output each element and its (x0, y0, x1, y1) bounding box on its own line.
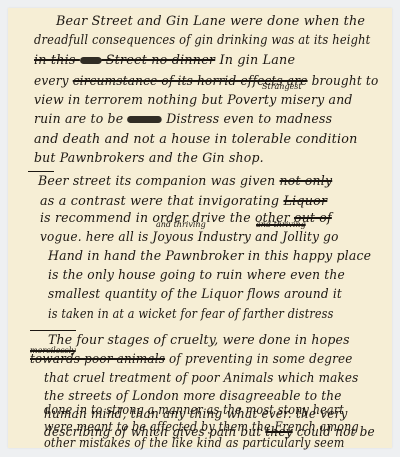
text-segment: but Pawnbrokers and the Gin shop. (34, 151, 264, 166)
text-segment: The four stages of cruelty, were done in… (48, 333, 350, 348)
text-segment: that cruel treatment of poor Animals whi… (44, 371, 358, 386)
text-segment: Beer street its companion was given (38, 174, 280, 189)
text-segment: the streets of London more disagreeable … (44, 389, 342, 404)
manuscript-line: every circumstance of its horrid effects… (34, 74, 378, 89)
manuscript-line: in this Street no dinner In gin Lane (34, 53, 295, 68)
manuscript-line: dreadfull consequences of gin drinking w… (34, 33, 370, 48)
text-segment: Distress even to madness (162, 112, 332, 127)
text-segment: done in to strong a manner as the most s… (44, 403, 344, 418)
ink-blot (80, 57, 102, 64)
section-divider (30, 330, 76, 331)
interlinear-insertion-struck: and thriving (256, 220, 306, 229)
manuscript-line: but Pawnbrokers and the Gin shop. (34, 151, 264, 166)
manuscript-line: vogue. here all is Joyous Industry and J… (40, 230, 339, 245)
manuscript-page: Bear Street and Gin Lane were done when … (8, 8, 392, 448)
text-segment: and death and not a house in tolerable c… (34, 132, 358, 147)
manuscript-line: done in to strong a manner as the most s… (44, 403, 344, 418)
text-segment: In gin Lane (215, 53, 295, 68)
manuscript-line: towards poor animals of preventing in so… (30, 352, 353, 367)
manuscript-line: Beer street its companion was given not … (38, 174, 332, 189)
text-segment: view in terrorem nothing but Poverty mis… (34, 93, 353, 108)
text-segment: ruin are to be (34, 112, 127, 127)
text-segment: brought to (308, 74, 379, 89)
interlinear-insertion: and thriving (156, 220, 206, 229)
text-segment: is the only house going to ruin where ev… (48, 268, 345, 283)
manuscript-line: as a contrast were that invigorating Liq… (40, 194, 327, 209)
manuscript-line: that cruel treatment of poor Animals whi… (44, 371, 358, 386)
text-segment: is taken in at a wicket for fear of fart… (48, 307, 333, 322)
struck-text: towards poor animals (30, 352, 165, 367)
struck-text: Street no dinner (101, 53, 215, 68)
manuscript-line: the streets of London more disagreeable … (44, 389, 342, 404)
manuscript-line: other mistakes of the like kind as parti… (44, 436, 345, 451)
text-segment: vogue. here all is Joyous Industry and J… (40, 230, 339, 245)
text-segment: Bear Street and Gin Lane were done when … (56, 14, 365, 29)
manuscript-line: is the only house going to ruin where ev… (48, 268, 345, 283)
ink-blot (127, 116, 162, 123)
text-segment: every (34, 74, 73, 89)
manuscript-line: smallest quantity of the Liquor flows ar… (48, 287, 342, 302)
struck-text: Liquor (283, 194, 327, 209)
text-segment: were meant to be affected by them the Fr… (44, 420, 359, 435)
manuscript-line: ruin are to be Distress even to madness (34, 112, 332, 127)
text-segment: other mistakes of the like kind as parti… (44, 436, 345, 451)
manuscript-line: is taken in at a wicket for fear of fart… (48, 307, 333, 322)
text-segment: of preventing in some degree (165, 352, 353, 367)
manuscript-line: view in terrorem nothing but Poverty mis… (34, 93, 353, 108)
interlinear-insertion: Strangest (262, 82, 302, 91)
manuscript-line: The four stages of cruelty, were done in… (48, 333, 350, 348)
section-divider (28, 171, 54, 172)
text-segment: Hand in hand the Pawnbroker in this happ… (48, 249, 371, 264)
manuscript-line: and death and not a house in tolerable c… (34, 132, 358, 147)
struck-text: not only (280, 174, 333, 189)
text-segment: smallest quantity of the Liquor flows ar… (48, 287, 342, 302)
struck-text: in this (34, 53, 80, 68)
manuscript-line: Bear Street and Gin Lane were done when … (56, 14, 365, 29)
manuscript-line: Hand in hand the Pawnbroker in this happ… (48, 249, 371, 264)
text-segment: as a contrast were that invigorating (40, 194, 283, 209)
text-segment: dreadfull consequences of gin drinking w… (34, 33, 370, 48)
manuscript-line: were meant to be affected by them the Fr… (44, 420, 359, 435)
